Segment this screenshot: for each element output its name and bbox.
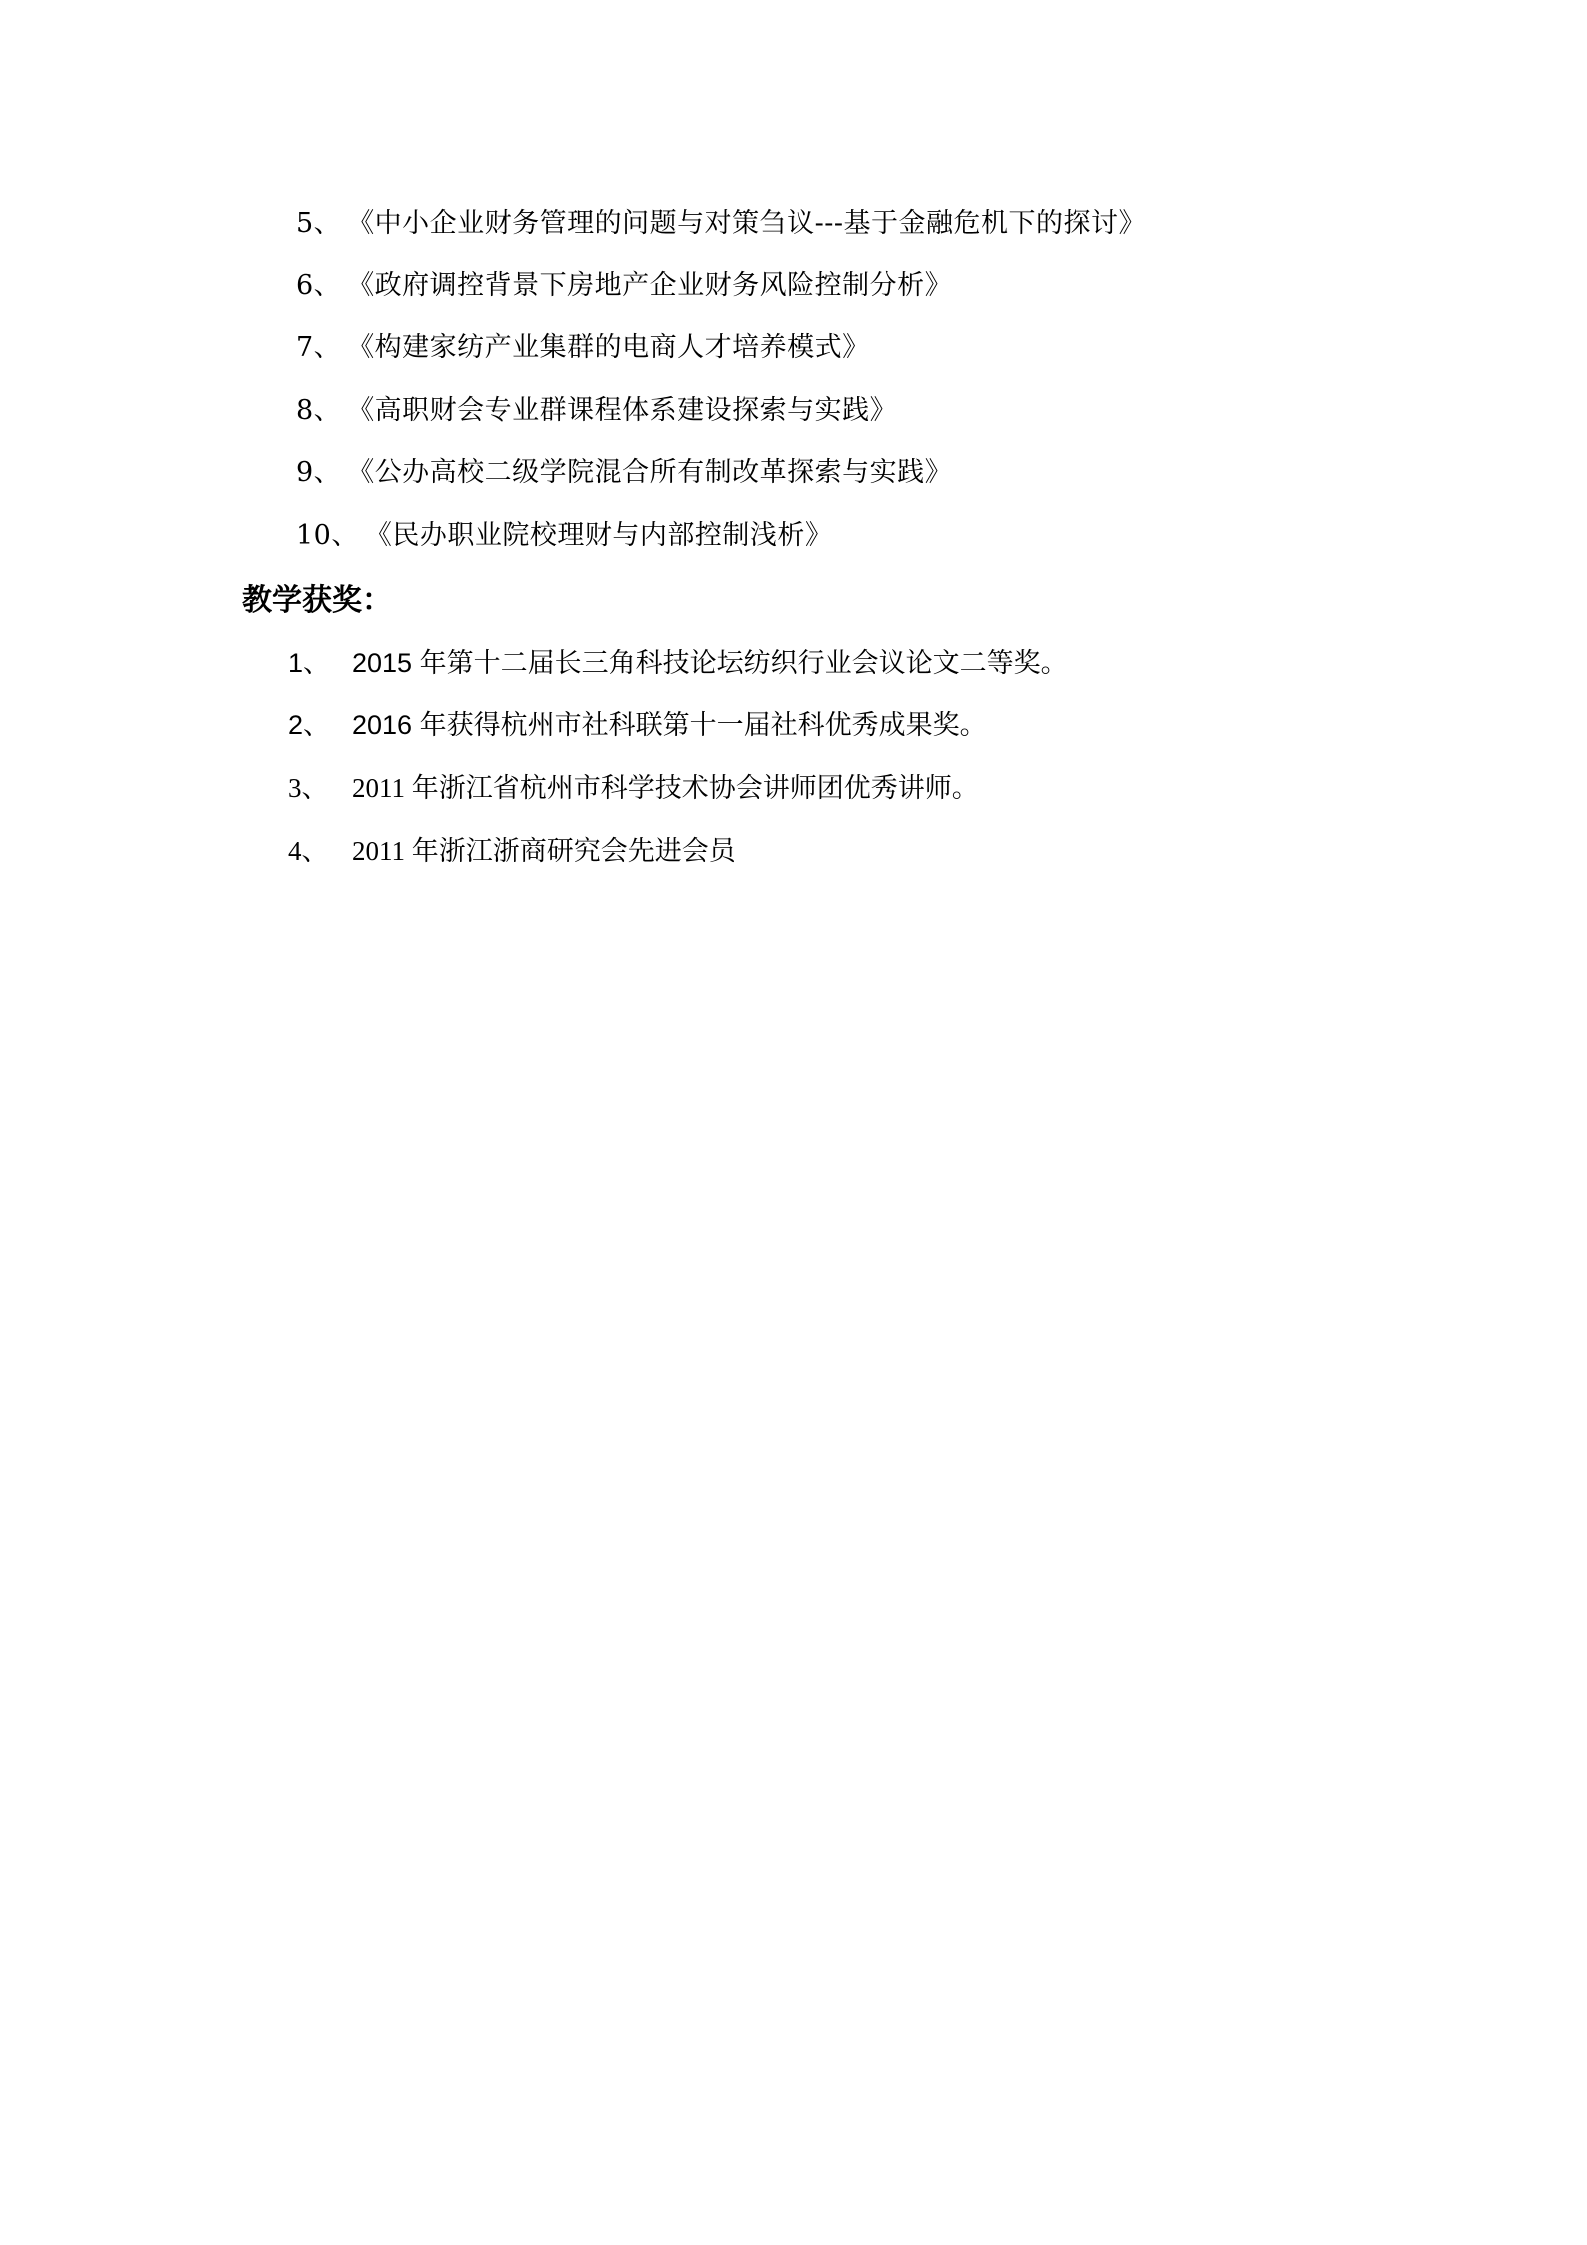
award-text: 2016 年获得杭州市社科联第十一届社科优秀成果奖。 [352, 705, 987, 745]
paper-item: 10、《民办职业院校理财与内部控制浅析》 [296, 516, 832, 556]
paper-item: 9、《公办高校二级学院混合所有制改革探索与实践》 [296, 453, 952, 493]
paper-number: 6、 [296, 266, 341, 306]
paper-item: 6、《政府调控背景下房地产企业财务风险控制分析》 [296, 266, 952, 306]
paper-item: 8、《高职财会专业群课程体系建设探索与实践》 [296, 391, 897, 431]
paper-number: 7、 [296, 328, 341, 368]
award-text: 2011 年浙江省杭州市科学技术协会讲师团优秀讲师。 [352, 768, 979, 808]
paper-title: 《政府调控背景下房地产企业财务风险控制分析》 [347, 266, 952, 306]
award-number: 3、 [288, 768, 352, 808]
document-page: 5、《中小企业财务管理的问题与对策刍议---基于金融危机下的探讨》 6、《政府调… [0, 0, 1587, 2245]
paper-item: 5、《中小企业财务管理的问题与对策刍议---基于金融危机下的探讨》 [296, 204, 1146, 244]
award-number: 2、 [288, 705, 352, 745]
awards-heading: 教学获奖： [242, 580, 392, 622]
award-text: 2011 年浙江浙商研究会先进会员 [352, 831, 736, 871]
award-item: 1、2015 年第十二届长三角科技论坛纺织行业会议论文二等奖。 [288, 643, 1068, 683]
paper-item: 7、《构建家纺产业集群的电商人才培养模式》 [296, 328, 870, 368]
award-item: 3、2011 年浙江省杭州市科学技术协会讲师团优秀讲师。 [288, 768, 979, 808]
paper-title: 《公办高校二级学院混合所有制改革探索与实践》 [347, 453, 952, 493]
award-text: 2015 年第十二届长三角科技论坛纺织行业会议论文二等奖。 [352, 643, 1068, 683]
award-number: 4、 [288, 831, 352, 871]
paper-title: 《构建家纺产业集群的电商人才培养模式》 [347, 328, 870, 368]
paper-title: 《中小企业财务管理的问题与对策刍议---基于金融危机下的探讨》 [347, 204, 1146, 244]
award-item: 4、2011 年浙江浙商研究会先进会员 [288, 831, 736, 871]
paper-number: 8、 [296, 391, 341, 431]
paper-number: 5、 [296, 204, 341, 244]
award-number: 1、 [288, 643, 352, 683]
paper-title: 《高职财会专业群课程体系建设探索与实践》 [347, 391, 897, 431]
award-item: 2、2016 年获得杭州市社科联第十一届社科优秀成果奖。 [288, 705, 987, 745]
paper-number: 10、 [296, 516, 359, 556]
paper-number: 9、 [296, 453, 341, 493]
paper-title: 《民办职业院校理财与内部控制浅析》 [365, 516, 833, 556]
